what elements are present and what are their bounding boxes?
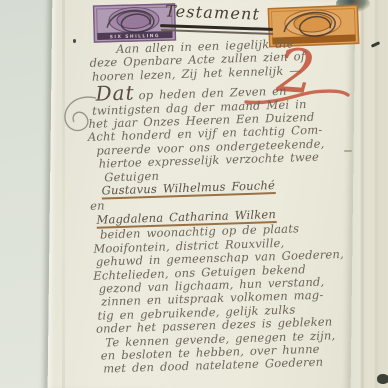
manuscript-text: Aan allen in een iegelijk die deze Openb… [84,35,370,376]
stamp-band-text: SIX SHILLING [110,33,160,40]
paper-crease-line [62,0,65,388]
dark-mark [377,374,388,384]
revenue-stamp-purple: SIX SHILLING [93,3,177,43]
document-title: Testament [165,1,261,23]
document-photo: SIX SHILLING Testament 2 Aan allen in ee… [0,0,388,388]
paper-speck [73,39,76,43]
